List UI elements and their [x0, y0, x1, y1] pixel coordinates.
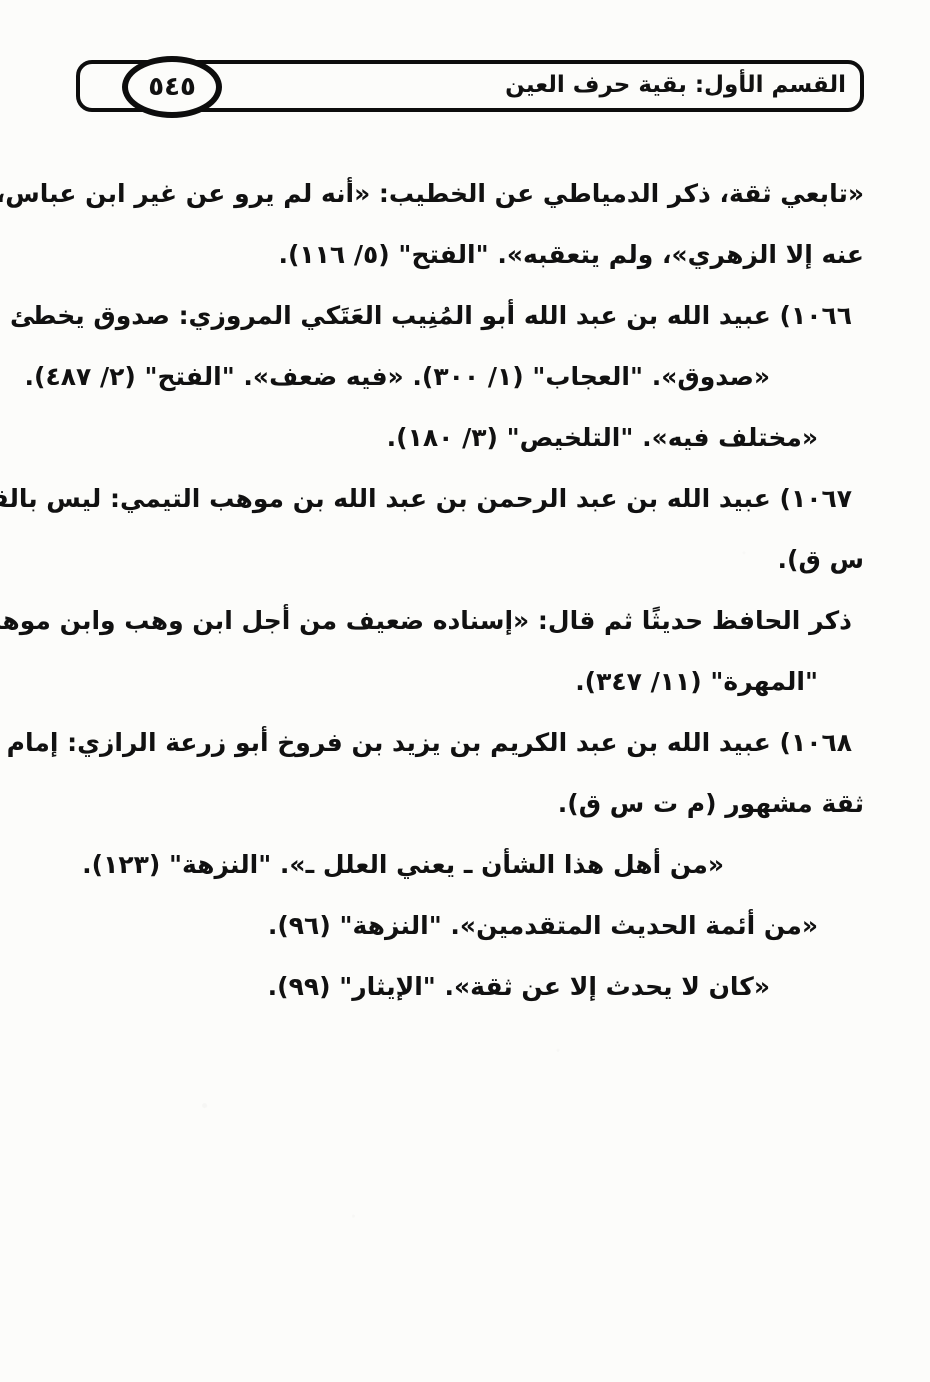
entry-1067-heading-line-2: س ق).: [62, 529, 864, 590]
page-number-badge: ٥٤٥: [122, 56, 222, 118]
entry-1068-heading-line-2: ثقة مشهور (م ت س ق).: [62, 773, 864, 834]
page-body: «تابعي ثقة، ذكر الدمياطي عن الخطيب: «أنه…: [62, 163, 864, 1017]
entry-1066-citation-2: «مختلف فيه». "التلخيص" (٣/ ١٨٠).: [62, 407, 864, 468]
entry-1068-heading-line-1: ١٠٦٨) عبيد الله بن عبد الكريم بن يزيد بن…: [62, 712, 864, 773]
entry-1068-citation-1: «من أهل هذا الشأن ـ يعني العلل ـ». "النز…: [62, 834, 864, 895]
entry-1067-heading-line-1: ١٠٦٧) عبيد الله بن عبد الرحمن بن عبد الل…: [62, 468, 864, 529]
header-box: القسم الأول: بقية حرف العين ٥٤٥: [76, 60, 864, 112]
scanned-book-page: { "header": { "section_title": "القسم ال…: [0, 0, 930, 1382]
page-number: ٥٤٥: [148, 72, 196, 102]
entry-1067-note: ذكر الحافظ حديثًا ثم قال: «إسناده ضعيف م…: [62, 590, 864, 651]
entry-1067-note-citation: "المهرة" (١١/ ٣٤٧).: [62, 651, 864, 712]
section-title: القسم الأول: بقية حرف العين: [505, 64, 846, 108]
intro-quote-line-1: «تابعي ثقة، ذكر الدمياطي عن الخطيب: «أنه…: [62, 163, 864, 224]
entry-1066-citation-1: «صدوق». "العجاب" (١/ ٣٠٠). «فيه ضعف». "ا…: [62, 346, 864, 407]
entry-1066-heading: ١٠٦٦) عبيد الله بن عبد الله أبو المُنِيب…: [62, 285, 864, 346]
entry-1068-citation-2: «من أئمة الحديث المتقدمين». "النزهة" (٩٦…: [62, 895, 864, 956]
entry-1068-citation-3: «كان لا يحدث إلا عن ثقة». "الإيثار" (٩٩)…: [62, 956, 864, 1017]
intro-quote-line-2: عنه إلا الزهري»، ولم يتعقبه». "الفتح" (٥…: [62, 224, 864, 285]
